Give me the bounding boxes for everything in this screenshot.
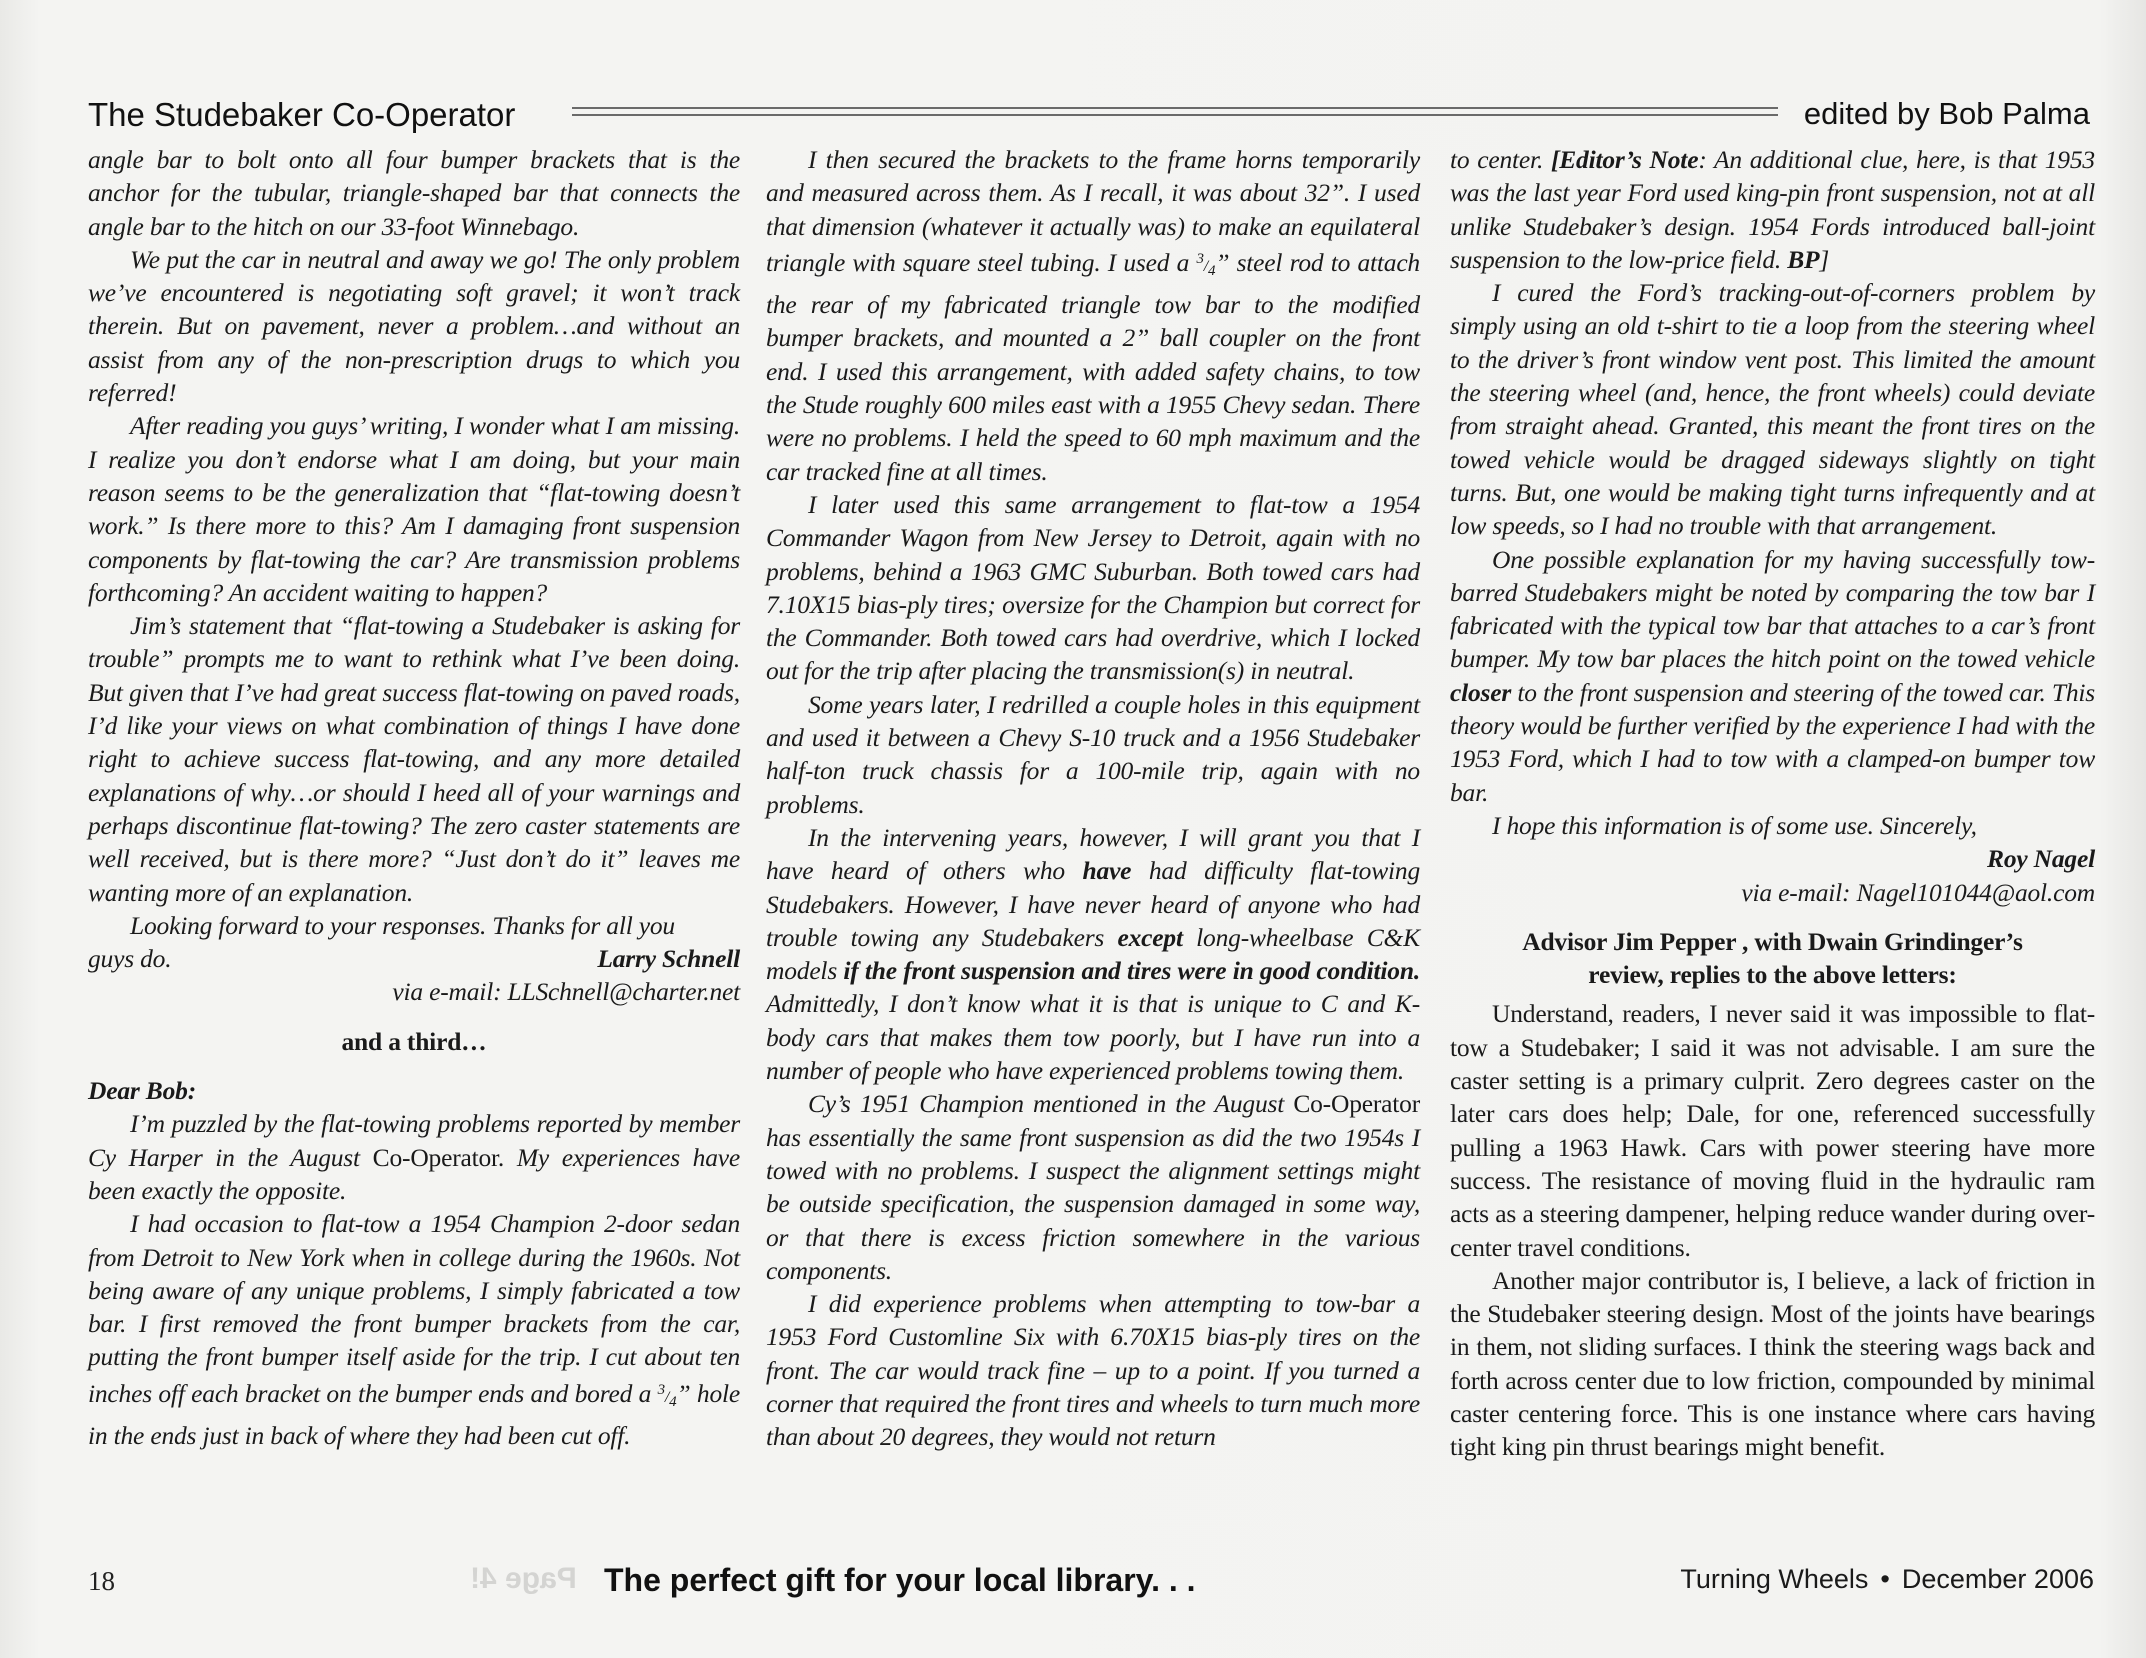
salutation: Dear Bob: bbox=[88, 1074, 740, 1107]
footer-issue-info: Turning Wheels•December 2006 bbox=[1680, 1564, 2094, 1595]
paragraph: I did experience problems when attemptin… bbox=[766, 1287, 1420, 1453]
running-header-title: The Studebaker Co-Operator bbox=[88, 96, 515, 134]
closing-text: guys do. bbox=[88, 942, 171, 975]
issue-date: December 2006 bbox=[1902, 1564, 2094, 1594]
reply-heading-line-2: review, replies to the above letters: bbox=[1450, 958, 2095, 991]
paragraph: I later used this same arrangement to fl… bbox=[766, 488, 1420, 688]
reply-paragraph: Understand, readers, I never said it was… bbox=[1450, 997, 2095, 1263]
paragraph: I cured the Ford’s tracking-out-of-corne… bbox=[1450, 276, 2095, 542]
paragraph: I’m puzzled by the flat-towing problems … bbox=[88, 1107, 740, 1207]
publication-name: Co-Operator. bbox=[373, 1143, 504, 1172]
article-column-2: I then secured the brackets to the frame… bbox=[766, 143, 1420, 1454]
fraction: 3/4 bbox=[658, 1389, 677, 1406]
paragraph: In the intervening years, however, I wil… bbox=[766, 821, 1420, 1087]
paragraph: I then secured the brackets to the frame… bbox=[766, 143, 1420, 488]
publication-name: Co-Operator bbox=[1293, 1089, 1420, 1118]
running-header-editor: edited by Bob Palma bbox=[1804, 96, 2090, 132]
paragraph: One possible explanation for my having s… bbox=[1450, 543, 2095, 809]
paragraph: We put the car in neutral and away we go… bbox=[88, 243, 740, 409]
editors-note-label: [Editor’s Note bbox=[1551, 145, 1698, 174]
paragraph: Looking forward to your responses. Thank… bbox=[88, 909, 740, 942]
reply-paragraph: Another major contributor is, I believe,… bbox=[1450, 1264, 2095, 1464]
paragraph: Some years later, I redrilled a couple h… bbox=[766, 688, 1420, 821]
paragraph: After reading you guys’ writing, I wonde… bbox=[88, 409, 740, 609]
paragraph: Cy’s 1951 Champion mentioned in the Augu… bbox=[766, 1087, 1420, 1287]
article-column-1: angle bar to bolt onto all four bumper b… bbox=[88, 143, 740, 1452]
paragraph: Jim’s statement that “flat-towing a Stud… bbox=[88, 609, 740, 909]
page-number: 18 bbox=[88, 1566, 115, 1597]
signature-email: via e-mail: LLSchnell@charter.net bbox=[88, 975, 740, 1008]
closing-line: guys do. Larry Schnell bbox=[88, 942, 740, 975]
paragraph: to center. [Editor’s Note: An additional… bbox=[1450, 143, 2095, 276]
paragraph: angle bar to bolt onto all four bumper b… bbox=[88, 143, 740, 243]
paragraph: I had occasion to flat-tow a 1954 Champi… bbox=[88, 1207, 740, 1452]
reply-heading-line-1: Advisor Jim Pepper , with Dwain Grinding… bbox=[1450, 925, 2095, 958]
article-column-3: to center. [Editor’s Note: An additional… bbox=[1450, 143, 2095, 1464]
header-double-rule bbox=[572, 107, 1778, 116]
signature-name: Larry Schnell bbox=[597, 942, 740, 975]
paragraph: I hope this information is of some use. … bbox=[1450, 809, 2095, 842]
section-heading: and a third… bbox=[88, 1025, 740, 1058]
bullet-separator: • bbox=[1880, 1564, 1889, 1594]
signature-name: Roy Nagel bbox=[1450, 842, 2095, 875]
publication-name: Turning Wheels bbox=[1680, 1564, 1868, 1594]
footer-promo: The perfect gift for your local library.… bbox=[604, 1562, 1196, 1599]
signature-email: via e-mail: Nagel101044@aol.com bbox=[1450, 876, 2095, 909]
bleed-through-text: Page 4! bbox=[470, 1562, 577, 1596]
fraction: 3/4 bbox=[1196, 258, 1215, 275]
